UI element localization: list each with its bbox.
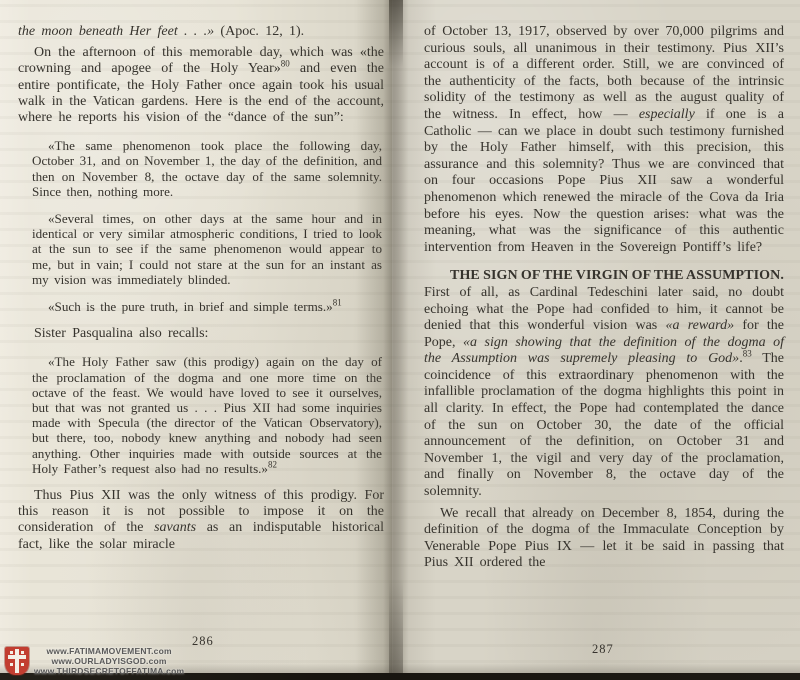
text-run: especially (639, 107, 695, 122)
footnote-ref: 80 (281, 59, 290, 69)
page-number-right: 287 (592, 642, 614, 657)
text-run: the moon beneath Her feet . . .» (18, 24, 220, 39)
footnote-ref: 81 (333, 298, 342, 308)
paragraph: «Such is the pure truth, in brief and si… (32, 299, 382, 314)
text-run: «The Holy Father saw (this prodigy) agai… (32, 354, 382, 475)
watermark-url: www.OURLADYISGOD.com (52, 656, 167, 666)
book-spread: the moon beneath Her feet . . .» (Apoc. … (0, 0, 800, 680)
text-run: (Apoc. 12, 1). (220, 24, 304, 39)
watermark-url: www.THIRDSECRETOFFATIMA.com (34, 666, 184, 676)
paragraph: the moon beneath Her feet . . .» (Apoc. … (18, 24, 384, 40)
text-run: «a sign showing that the definition of t… (424, 335, 784, 367)
text-run: savants (154, 520, 196, 535)
watermark-urls: www.FATIMAMOVEMENT.com www.OURLADYISGOD.… (34, 646, 184, 676)
paragraph: Thus Pius XII was the only witness of th… (18, 488, 384, 553)
paragraph: Sister Pasqualina also recalls: (18, 326, 384, 342)
page-number-left: 286 (192, 634, 214, 649)
section-heading: THE SIGN OF THE VIRGIN OF THE ASSUMPTION… (450, 268, 784, 283)
text-run: Sister Pasqualina also recalls: (34, 326, 208, 341)
left-page: the moon beneath Her feet . . .» (Apoc. … (0, 0, 392, 673)
text-run: «Several times, on other days at the sam… (32, 211, 382, 287)
paragraph: We recall that already on December 8, 18… (424, 506, 784, 572)
text-run: if one is a Catholic — can we place in d… (424, 107, 784, 255)
text-run: «Such is the pure truth, in brief and si… (48, 299, 333, 314)
paragraph: On the afternoon of this memorable day, … (18, 45, 384, 126)
paragraph: «The same phenomenon took place the foll… (32, 138, 382, 199)
paragraph: THE SIGN OF THE VIRGIN OF THE ASSUMPTION… (424, 268, 784, 500)
text-run: «a reward» (665, 318, 734, 333)
paragraph: «The Holy Father saw (this prodigy) agai… (32, 354, 382, 476)
text-run: The coincidence of this extraordinary ph… (424, 351, 784, 499)
text-run: «The same phenomenon took place the foll… (32, 138, 382, 199)
paragraph: «Several times, on other days at the sam… (32, 211, 382, 287)
footnote-ref: 83 (743, 349, 752, 359)
right-page: of October 13, 1917, observed by over 70… (392, 0, 800, 673)
fatima-crest-logo (5, 647, 29, 675)
footnote-ref: 82 (268, 460, 277, 470)
text-run: We recall that already on December 8, 18… (424, 506, 784, 571)
paragraph: of October 13, 1917, observed by over 70… (424, 24, 784, 256)
left-page-text: the moon beneath Her feet . . .» (Apoc. … (18, 24, 384, 558)
watermark-url: www.FATIMAMOVEMENT.com (46, 646, 171, 656)
right-page-text: of October 13, 1917, observed by over 70… (424, 24, 784, 577)
watermark: www.FATIMAMOVEMENT.com www.OURLADYISGOD.… (5, 646, 184, 676)
